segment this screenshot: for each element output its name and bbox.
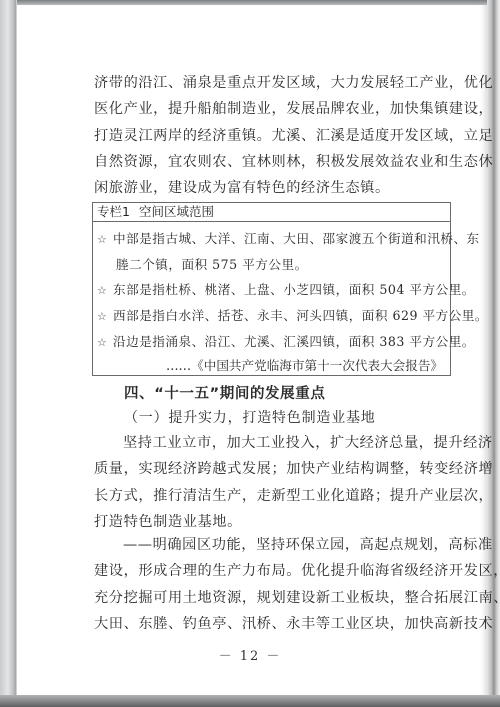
text-line: ——明确园区功能，坚持环保立园，高起点规划，高标准 [94,532,456,558]
star-icon: ☆ [97,227,113,252]
star-icon: ☆ [97,330,113,355]
source-citation: ……《中国共产党临海市第十一次代表大会报告》 [97,355,447,376]
text-line: 坚持工业立市，加大工业投入，扩大经济总量，提升经济 [94,430,456,456]
text-line: 充分挖掘可用土地资源，规划建设新工业板块，整合拓展江南、 [94,585,456,611]
paragraph-industry: 坚持工业立市，加大工业投入，扩大经济总量，提升经济 质量，实现经济跨越式发展；加… [94,430,456,535]
paragraph-parks: ——明确园区功能，坚持环保立园，高起点规划，高标准 建设，形成合理的生产力布局。… [94,532,456,637]
page-number: － 12 － [0,645,500,664]
sidebar-box-heading: 空间区域范围 [139,204,214,219]
region-text: 沿边是指涌泉、沿江、尤溪、汇溪四镇，面积 383 平方公里。 [113,334,475,349]
star-icon: ☆ [97,304,113,329]
region-text: 东部是指杜桥、桃渚、上盘、小芝四镇，面积 504 平方公里。 [113,282,475,297]
region-item-central-cont: 塍二个镇，面积 575 平方公里。 [97,252,447,277]
text-line: 医化产业，提升船舶制造业，发展品牌农业，加快集镇建设， [94,96,454,122]
text-line: 打造灵江两岸的经济重镇。尤溪、汇溪是适度开发区域，立足 [94,123,454,149]
text-line: 济带的沿江、涌泉是重点开发区域，大力发展轻工产业，优化 [94,70,454,96]
region-item-west: ☆西部是指白水洋、括苍、永丰、河头四镇，面积 629 平方公里。 [97,303,447,329]
text-line: 长方式，推行清洁生产，走新型工业化道路；提升产业层次， [94,483,456,509]
text-line: 质量，实现经济跨越式发展；加快产业结构调整，转变经济增 [94,456,456,482]
region-item-border: ☆沿边是指涌泉、沿江、尤溪、汇溪四镇，面积 383 平方公里。 [97,329,447,355]
text-line: 大田、东塍、钓鱼亭、汛桥、永丰等工业区块，加快高新技术 [94,611,456,637]
section-heading: 四、“十一五”期间的发展重点 [124,382,325,406]
intro-paragraph: 济带的沿江、涌泉是重点开发区域，大力发展轻工产业，优化 医化产业，提升船舶制造业… [94,70,454,201]
region-text: 中部是指古城、大洋、江南、大田、邵家渡五个街道和汛桥、东 [113,231,480,246]
region-text: 西部是指白水洋、括苍、永丰、河头四镇，面积 629 平方公里。 [113,308,488,323]
sidebar-box-title: 专栏1空间区域范围 [93,203,450,222]
region-item-east: ☆东部是指杜桥、桃渚、上盘、小芝四镇，面积 504 平方公里。 [97,277,447,303]
sidebar-box-number: 专栏1 [97,204,130,219]
sidebar-box: 专栏1空间区域范围 ☆中部是指古城、大洋、江南、大田、邵家渡五个街道和汛桥、东 … [92,202,451,376]
sidebar-box-body: ☆中部是指古城、大洋、江南、大田、邵家渡五个街道和汛桥、东 塍二个镇，面积 57… [93,222,450,376]
scan-bottom-edge [0,695,500,707]
region-text: 塍二个镇，面积 575 平方公里。 [116,257,308,272]
text-line: 自然资源，宜农则农、宜林则林，积极发展效益农业和生态休 [94,149,454,175]
subsection-heading: （一）提升实力，打造特色制造业基地 [124,406,376,430]
region-item-central: ☆中部是指古城、大洋、江南、大田、邵家渡五个街道和汛桥、东 [97,226,447,252]
text-line: 建设，形成合理的生产力布局。优化提升临海省级经济开发区， [94,558,456,584]
star-icon: ☆ [97,278,113,303]
text-line: 闲旅游业，建设成为富有特色的经济生态镇。 [94,175,454,201]
